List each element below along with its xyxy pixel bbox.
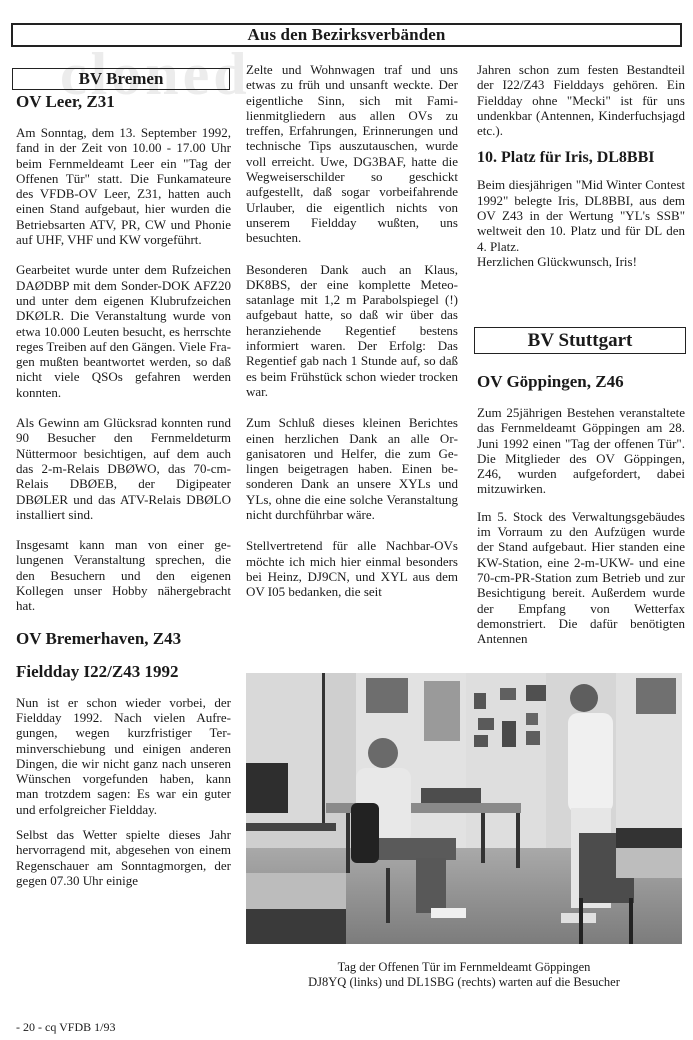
column-2: Zelte und Wohnwagen traf und uns etwas z… bbox=[246, 62, 458, 615]
paragraph: Besonderen Dank auch an Klaus, DK8BS, de… bbox=[246, 262, 458, 400]
section-bv-stuttgart: BV Stuttgart bbox=[474, 327, 686, 354]
paragraph: Zelte und Wohnwagen traf und uns etwas z… bbox=[246, 62, 458, 246]
paragraph: Im 5. Stock des Verwaltungsgebäu­des im … bbox=[477, 509, 685, 647]
photo-scene bbox=[246, 673, 682, 944]
article-heading-ov-leer: OV Leer, Z31 bbox=[16, 92, 231, 112]
paragraph: Nun ist er schon wieder vorbei, der Fiel… bbox=[16, 695, 231, 817]
paragraph: Insgesamt kann man von einer ge­lungenen… bbox=[16, 537, 231, 613]
caption-line-1: Tag der Offenen Tür im Fernmeldeamt Göpp… bbox=[246, 960, 682, 975]
paragraph: Als Gewinn am Glücksrad konnten rund 90 … bbox=[16, 415, 231, 522]
paragraph: Zum 25jährigen Bestehen veranstal­tete d… bbox=[477, 405, 685, 497]
article-heading-ov-goeppingen: OV Göppingen, Z46 bbox=[477, 372, 685, 392]
article-heading-ov-bremerhaven: OV Bremerhaven, Z43 bbox=[16, 629, 231, 649]
column-1: OV Leer, Z31 Am Sonntag, dem 13. Septemb… bbox=[16, 92, 231, 903]
article-heading-iris: 10. Platz für Iris, DL8BBI bbox=[477, 148, 685, 167]
paragraph: Am Sonntag, dem 13. September 1992, fand… bbox=[16, 125, 231, 247]
paragraph: Herzlichen Glückwunsch, Iris! bbox=[477, 254, 685, 269]
paragraph: Gearbeitet wurde unter dem Rufzei­chen D… bbox=[16, 262, 231, 400]
paragraph: Beim diesjährigen "Mid Winter Contest 19… bbox=[477, 177, 685, 253]
column-3-lower: OV Göppingen, Z46 Zum 25jährigen Bestehe… bbox=[477, 372, 685, 661]
section-bv-bremen: BV Bremen bbox=[12, 68, 230, 90]
photo-caption: Tag der Offenen Tür im Fernmeldeamt Göpp… bbox=[246, 960, 682, 990]
event-photo bbox=[246, 673, 682, 944]
section-title: BV Bremen bbox=[79, 69, 164, 89]
page-footer: - 20 - cq VFDB 1/93 bbox=[16, 1020, 115, 1035]
page-title: Aus den Bezirksverbänden bbox=[248, 25, 446, 45]
paragraph: Stellvertretend für alle Nachbar-OVs möc… bbox=[246, 538, 458, 599]
paragraph: Jahren schon zum festen Bestandteil der … bbox=[477, 62, 685, 138]
section-title: BV Stuttgart bbox=[528, 330, 633, 352]
column-3: Jahren schon zum festen Bestandteil der … bbox=[477, 62, 685, 284]
caption-line-2: DJ8YQ (links) und DL1SBG (rechts) warten… bbox=[246, 975, 682, 990]
article-subheading-fieldday: Fieldday I22/Z43 1992 bbox=[16, 662, 231, 682]
paragraph: Zum Schluß dieses kleinen Berichtes eine… bbox=[246, 415, 458, 522]
paragraph: Selbst das Wetter spielte dieses Jahr he… bbox=[16, 827, 231, 888]
page-header-box: Aus den Bezirksverbänden bbox=[11, 23, 682, 47]
